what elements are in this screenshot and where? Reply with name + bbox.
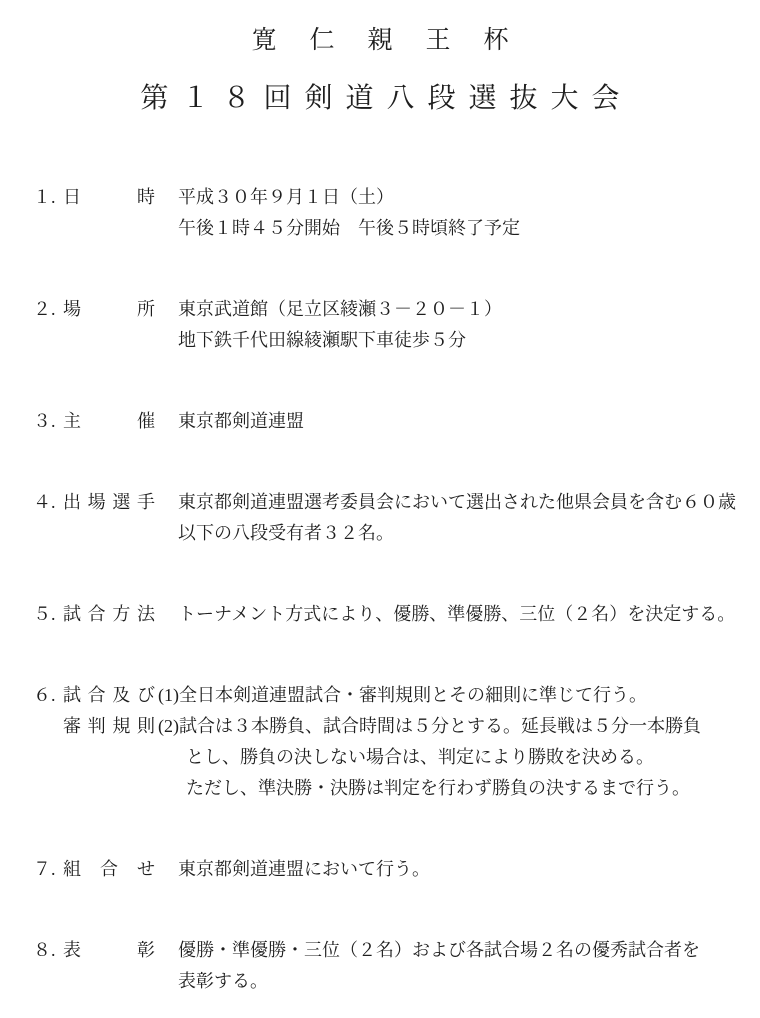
section-content: 東京都剣道連盟選考委員会において選出された他県会員を含む６０歳 以下の八段受有者… bbox=[155, 487, 760, 549]
content-line: 以下の八段受有者３２名。 bbox=[178, 518, 760, 549]
content-line: 東京都剣道連盟において行う。 bbox=[178, 854, 760, 885]
document-title-tournament: 第１８回剣道八段選抜大会 bbox=[0, 84, 760, 113]
section-number: ７. bbox=[33, 854, 63, 885]
section-label-line: 組合せ bbox=[63, 854, 155, 885]
content-line: 平成３０年９月１日（土） bbox=[178, 182, 760, 213]
section-pairings: ７. 組合せ 東京都剣道連盟において行う。 bbox=[0, 854, 760, 885]
section-label: 日時 bbox=[63, 182, 155, 213]
section-organizer: ３. 主催 東京都剣道連盟 bbox=[0, 406, 760, 437]
section-content: 東京都剣道連盟 bbox=[155, 406, 760, 437]
content-line: トーナメント方式により、優勝、準優勝、三位（２名）を決定する。 bbox=[178, 599, 760, 630]
section-label-line: 場所 bbox=[63, 294, 155, 325]
section-label-line: 出場選手 bbox=[63, 487, 155, 518]
content-line: (2)試合は３本勝負、試合時間は５分とする。延長戦は５分一本勝負 bbox=[158, 711, 760, 742]
section-label: 表彰 bbox=[63, 935, 155, 966]
section-label: 主催 bbox=[63, 406, 155, 437]
document-title-cup: 寛仁親王杯 bbox=[0, 28, 760, 54]
content-line: とし、勝負の決しない場合は、判定により勝敗を決める。 bbox=[186, 742, 760, 773]
section-label: 試合方法 bbox=[63, 599, 155, 630]
section-number: ８. bbox=[33, 935, 63, 966]
section-awards: ８. 表彰 優勝・準優勝・三位（２名）および各試合場２名の優秀試合者を 表彰する… bbox=[0, 935, 760, 997]
section-content: 優勝・準優勝・三位（２名）および各試合場２名の優秀試合者を 表彰する。 bbox=[155, 935, 760, 997]
content-line: 午後１時４５分開始 午後５時頃終了予定 bbox=[178, 213, 760, 244]
content-line: 表彰する。 bbox=[178, 966, 760, 997]
section-match-format: ５. 試合方法 トーナメント方式により、優勝、準優勝、三位（２名）を決定する。 bbox=[0, 599, 760, 630]
section-label-line: 主催 bbox=[63, 406, 155, 437]
section-content: トーナメント方式により、優勝、準優勝、三位（２名）を決定する。 bbox=[155, 599, 760, 630]
content-line: 東京都剣道連盟 bbox=[178, 406, 760, 437]
section-number: ６. bbox=[33, 680, 63, 711]
content-line: 地下鉄千代田線綾瀬駅下車徒歩５分 bbox=[178, 325, 760, 356]
section-venue: ２. 場所 東京武道館（足立区綾瀬３－２０－１） 地下鉄千代田線綾瀬駅下車徒歩５… bbox=[0, 294, 760, 356]
section-label: 出場選手 bbox=[63, 487, 155, 518]
content-line: (1)全日本剣道連盟試合・審判規則とその細則に準じて行う。 bbox=[158, 680, 760, 711]
section-label-line: 試合及び bbox=[63, 680, 155, 711]
section-label-line: 試合方法 bbox=[63, 599, 155, 630]
section-label: 組合せ bbox=[63, 854, 155, 885]
section-number: ２. bbox=[33, 294, 63, 325]
section-content: 東京都剣道連盟において行う。 bbox=[155, 854, 760, 885]
section-label-line: 表彰 bbox=[63, 935, 155, 966]
section-date-time: １. 日時 平成３０年９月１日（土） 午後１時４５分開始 午後５時頃終了予定 bbox=[0, 182, 760, 244]
section-participants: ４. 出場選手 東京都剣道連盟選考委員会において選出された他県会員を含む６０歳 … bbox=[0, 487, 760, 549]
section-content: (1)全日本剣道連盟試合・審判規則とその細則に準じて行う。 (2)試合は３本勝負… bbox=[155, 680, 760, 804]
section-number: １. bbox=[33, 182, 63, 213]
content-line: 東京都剣道連盟選考委員会において選出された他県会員を含む６０歳 bbox=[178, 487, 760, 518]
section-number: ３. bbox=[33, 406, 63, 437]
scanned-document-page: 寛仁親王杯 第１８回剣道八段選抜大会 １. 日時 平成３０年９月１日（土） 午後… bbox=[0, 0, 760, 1018]
section-content: 東京武道館（足立区綾瀬３－２０－１） 地下鉄千代田線綾瀬駅下車徒歩５分 bbox=[155, 294, 760, 356]
content-line: 優勝・準優勝・三位（２名）および各試合場２名の優秀試合者を bbox=[178, 935, 760, 966]
section-match-and-referee-rules: ６. 試合及び 審判規則 (1)全日本剣道連盟試合・審判規則とその細則に準じて行… bbox=[0, 680, 760, 804]
section-label: 試合及び 審判規則 bbox=[63, 680, 155, 742]
section-number: ５. bbox=[33, 599, 63, 630]
content-line: ただし、準決勝・決勝は判定を行わず勝負の決するまで行う。 bbox=[186, 773, 760, 804]
section-label-line: 審判規則 bbox=[63, 711, 155, 742]
section-content: 平成３０年９月１日（土） 午後１時４５分開始 午後５時頃終了予定 bbox=[155, 182, 760, 244]
section-label: 場所 bbox=[63, 294, 155, 325]
section-number: ４. bbox=[33, 487, 63, 518]
content-line: 東京武道館（足立区綾瀬３－２０－１） bbox=[178, 294, 760, 325]
section-label-line: 日時 bbox=[63, 182, 155, 213]
sections-list: １. 日時 平成３０年９月１日（土） 午後１時４５分開始 午後５時頃終了予定 ２… bbox=[0, 182, 760, 997]
